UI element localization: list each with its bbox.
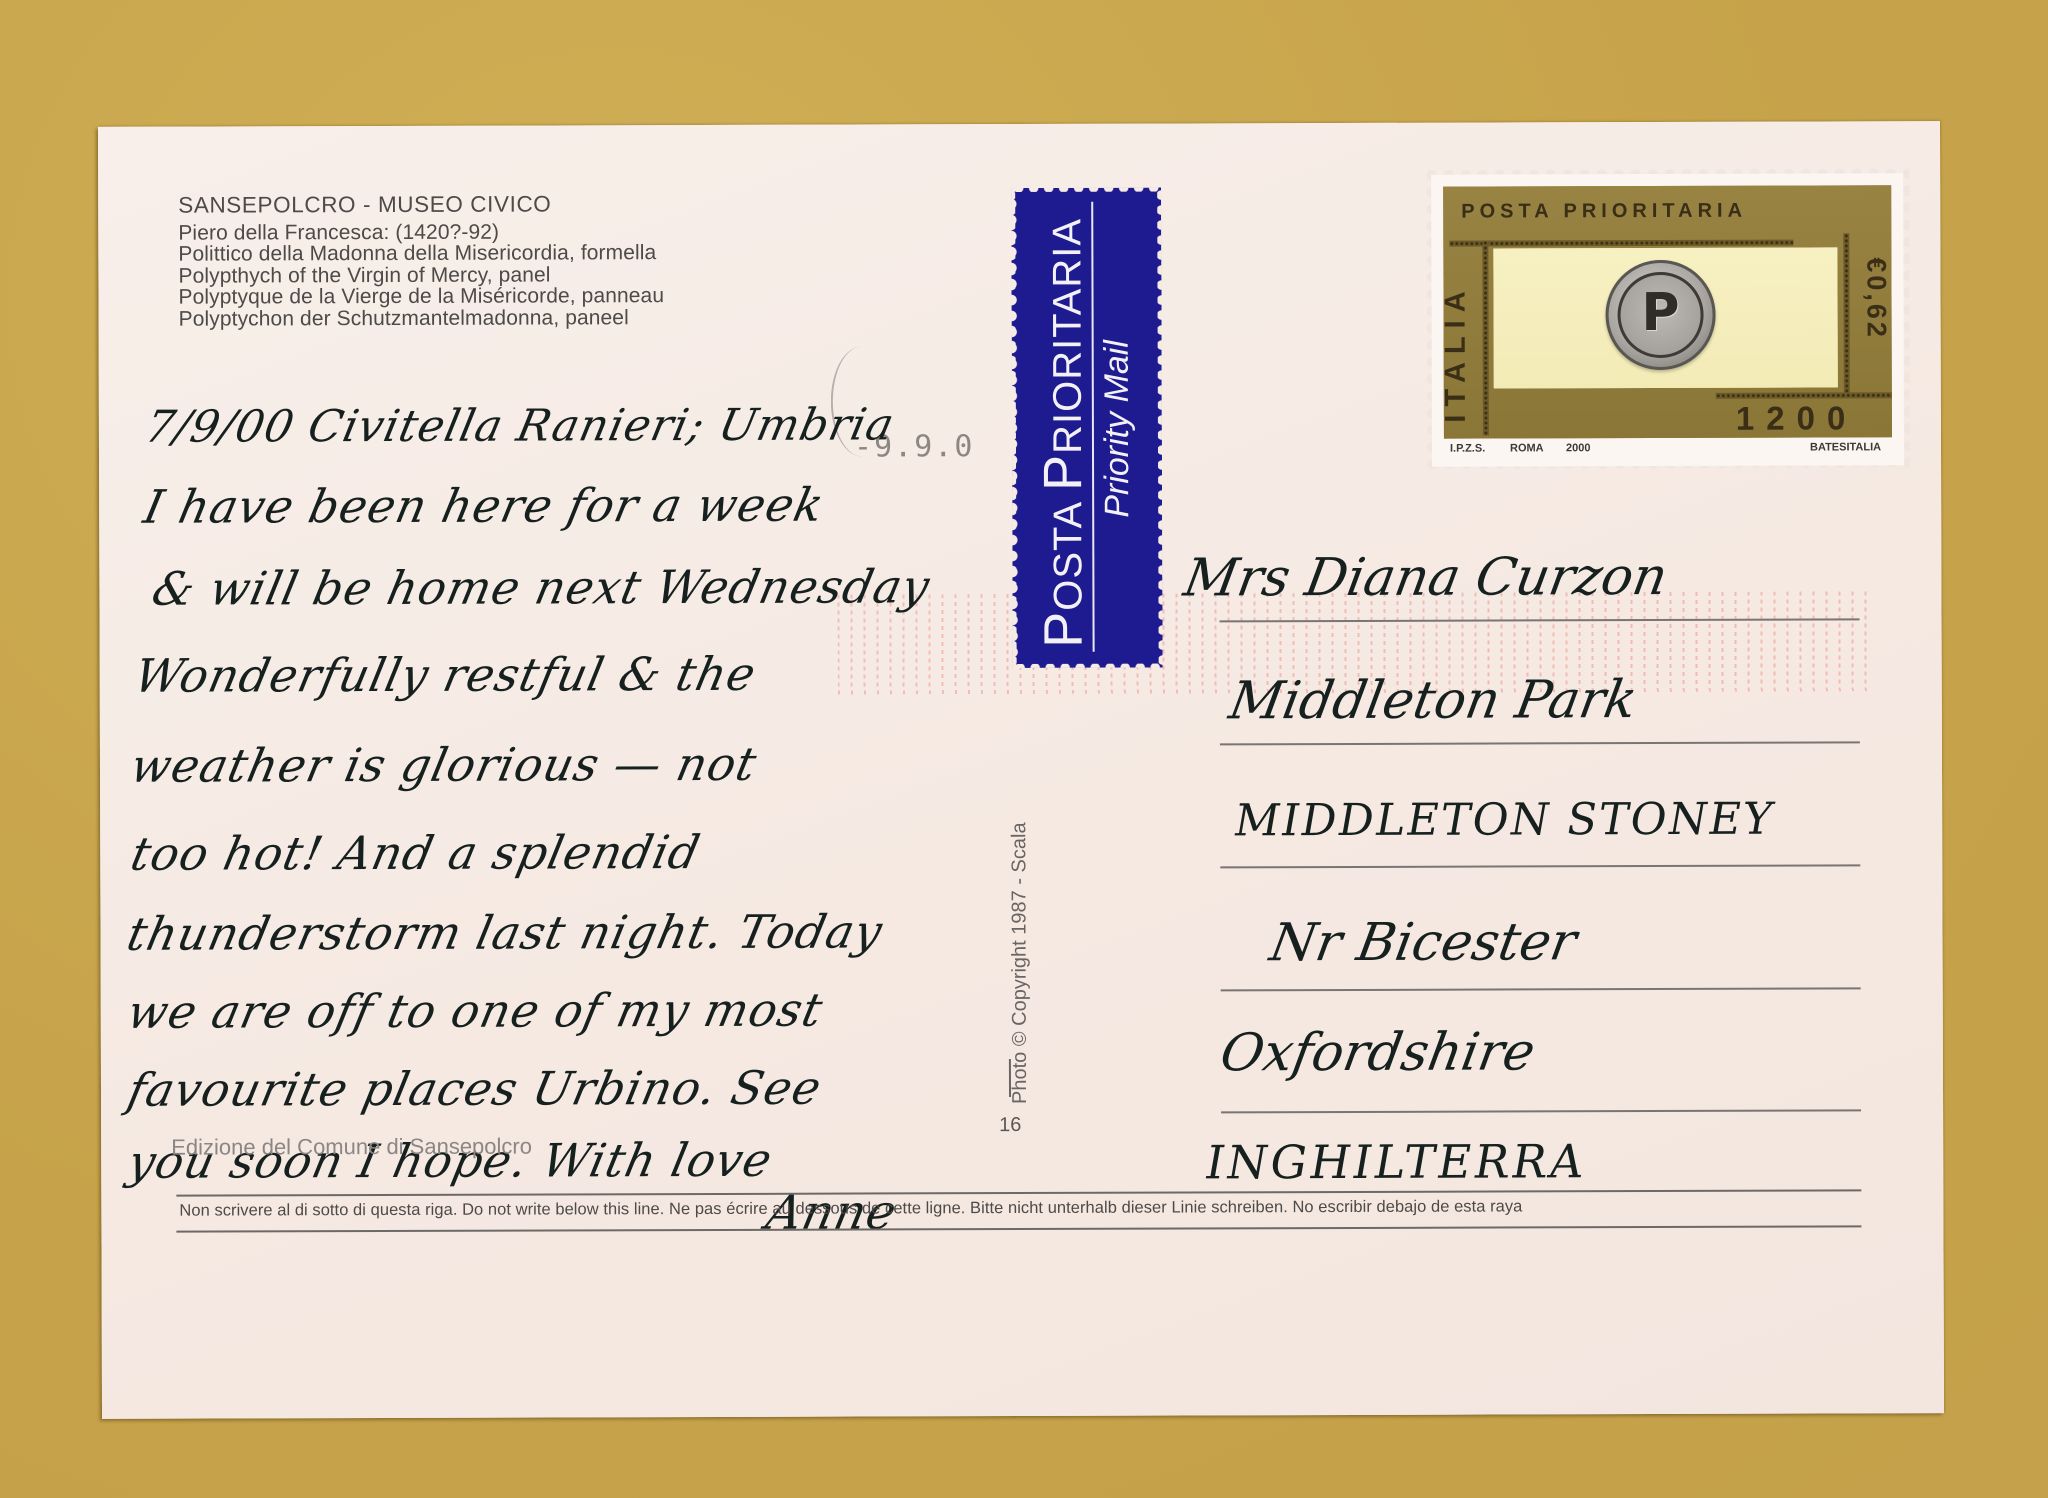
caption-line: Polittico della Madonna della Misericord… — [178, 242, 664, 265]
stamp-imprint-year: 2000 — [1566, 442, 1591, 454]
label-divider — [1091, 202, 1094, 652]
message-line: 7/9/00 Civitella Ranieri; Umbria — [141, 399, 899, 452]
handwritten-message: 7/9/00 Civitella Ranieri; Umbria I have … — [98, 121, 1940, 127]
caption-title: SANSEPOLCRO - MUSEO CIVICO — [178, 193, 664, 216]
address-rule — [1221, 987, 1861, 991]
stamp-dotted-rule — [1449, 240, 1793, 247]
stamp-country: ITALIA — [1439, 283, 1472, 422]
priority-label-subtitle: Priority Mail — [1098, 340, 1138, 518]
label-letter: P — [1034, 611, 1094, 648]
caption-line: Piero della Francesca: (1420?-92) — [178, 221, 664, 244]
stamp-dotted-rule — [1716, 392, 1892, 399]
priority-coin-icon: P — [1605, 260, 1715, 370]
photo-credit-text: Photo © Copyright 1987 - Scala — [1008, 822, 1032, 1104]
address-line-name: Mrs Diana Curzon — [1179, 547, 1671, 609]
footer-rule-top — [176, 1189, 1861, 1196]
label-letter: P — [1033, 454, 1093, 491]
stamp-window: P — [1493, 247, 1837, 388]
publisher-text: Edizione del Comune di Sansepolcro — [171, 1134, 532, 1161]
postcard: SANSEPOLCRO - MUSEO CIVICO Piero della F… — [98, 121, 1944, 1419]
message-line: & will be home next Wednesday — [148, 559, 935, 615]
handwritten-address: Mrs Diana Curzon Middleton Park MIDDLETO… — [98, 121, 1940, 127]
label-text: RIORITARIA — [1045, 218, 1090, 454]
footer-rule-bottom — [176, 1225, 1861, 1232]
address-line-county: Oxfordshire — [1216, 1022, 1539, 1083]
stamp-euro-value: €0,62 — [1860, 257, 1891, 340]
message-line: too hot! And a splendid — [126, 825, 705, 881]
stamp-dotted-rule — [1843, 233, 1850, 393]
priority-mail-label: POSTA PRIORITARIA Priority Mail — [1011, 188, 1163, 668]
stamp-lire-value: 1200 — [1736, 399, 1858, 437]
credit-dash — [1009, 1059, 1011, 1097]
caption-line: Polypthych of the Virgin of Mercy, panel — [178, 264, 664, 287]
caption-line: Polyptychon der Schutzmantelmadonna, pan… — [179, 307, 665, 330]
caption-line: Polyptyque de la Vierge de la Miséricord… — [178, 285, 664, 308]
address-line-village: MIDDLETON STONEY — [1230, 794, 1778, 847]
message-line: Wonderfully restful & the — [130, 647, 761, 703]
postage-stamp: POSTA PRIORITARIA P ITALIA €0,62 1200 I.… — [1431, 173, 1904, 466]
address-line-house: Middleton Park — [1225, 670, 1641, 731]
stamp-dotted-rule — [1482, 241, 1489, 436]
message-line: we are off to one of my most — [123, 983, 828, 1039]
address-line-country: INGHILTERRA — [1201, 1134, 1590, 1189]
message-line: weather is glorious — not — [126, 737, 762, 793]
message-line: I have been here for a week — [139, 478, 829, 534]
address-rule — [1220, 864, 1860, 868]
artwork-caption: SANSEPOLCRO - MUSEO CIVICO Piero della F… — [178, 193, 664, 330]
message-line: thunderstorm last night. Today — [123, 904, 888, 960]
address-line-town: Nr Bicester — [1266, 912, 1581, 973]
stamp-imprint-printer: I.P.Z.S. — [1450, 443, 1485, 455]
stamp-imprint-city: ROMA — [1510, 442, 1544, 454]
label-text: OSTA — [1046, 491, 1090, 611]
do-not-write-notice: Non scrivere al di sotto di questa riga.… — [179, 1197, 1522, 1220]
stamp-imprint-designer: BATESITALIA — [1810, 441, 1881, 453]
address-rule — [1220, 741, 1860, 745]
priority-label-title: POSTA PRIORITARIA — [1031, 218, 1094, 648]
coin-letter: P — [1620, 283, 1700, 343]
stamp-header: POSTA PRIORITARIA — [1461, 200, 1747, 224]
address-rule — [1221, 1109, 1861, 1113]
message-line: favourite places Urbino. See — [123, 1061, 827, 1117]
stamp-frame: POSTA PRIORITARIA P ITALIA €0,62 1200 — [1443, 185, 1892, 438]
page-number: 16 — [999, 1114, 1021, 1137]
